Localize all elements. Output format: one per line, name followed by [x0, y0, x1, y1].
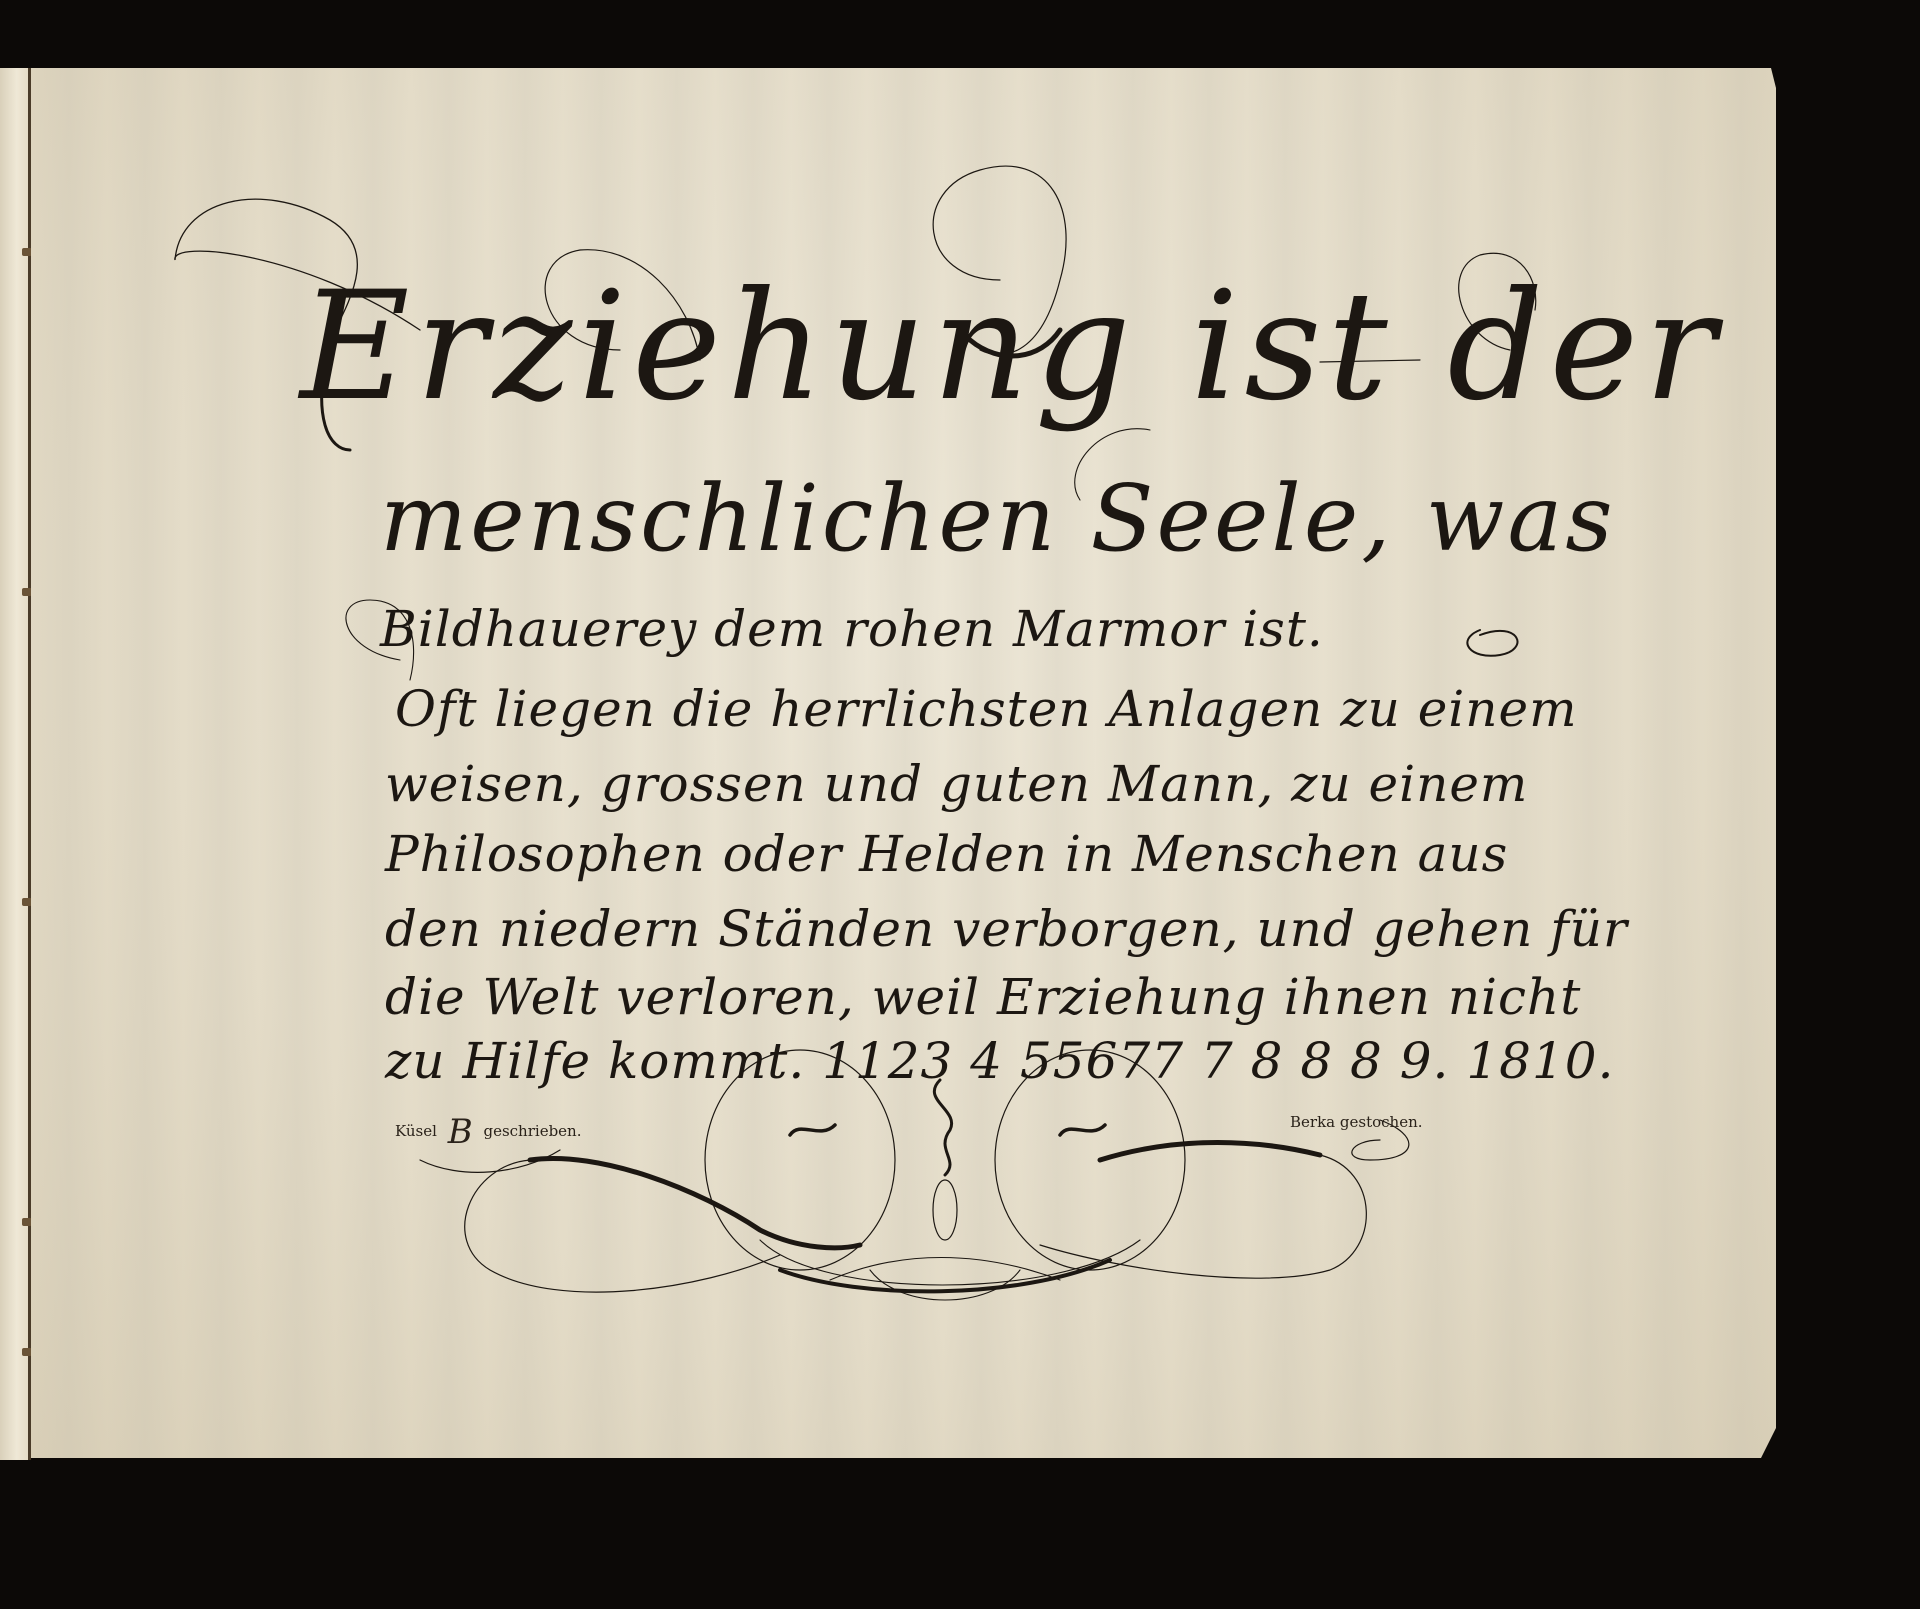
binding-stitch — [22, 898, 32, 906]
text-line-2: Bildhauerey dem rohen Marmor ist. — [380, 600, 1324, 658]
engraver-credit: Berka gestochen. — [1290, 1113, 1423, 1131]
scribe-credit: Küsel B geschrieben. — [395, 1112, 581, 1152]
monogram-icon: B — [448, 1112, 473, 1152]
binding-stitch — [22, 588, 32, 596]
engraver-name: Berka — [1290, 1113, 1335, 1131]
engraver-role: gestochen. — [1340, 1113, 1423, 1131]
text-line-4: weisen, grossen und guten Mann, zu einem — [385, 755, 1528, 813]
text-line-5: Philosophen oder Helden in Menschen aus — [385, 825, 1508, 883]
text-line-6: den niedern Ständen verborgen, und gehen… — [385, 900, 1628, 958]
text-line-1: menschlichen Seele, was — [380, 465, 1616, 572]
previous-page-edge — [0, 68, 31, 1460]
text-line-8: zu Hilfe kommt. 1123 4 55677 7 8 8 8 9. … — [385, 1032, 1614, 1090]
scan-background: ​ — [0, 0, 1920, 1609]
scribe-role: geschrieben. — [483, 1122, 581, 1140]
scribe-name: Küsel — [395, 1122, 437, 1140]
binding-stitch — [22, 1348, 32, 1356]
text-line-7: die Welt verloren, weil Erziehung ihnen … — [385, 968, 1581, 1026]
binding-stitch — [22, 248, 32, 256]
text-line-3: Oft liegen die herrlichsten Anlagen zu e… — [395, 680, 1577, 738]
title-line: Erziehung ist der — [300, 260, 1722, 434]
binding-stitch — [22, 1218, 32, 1226]
